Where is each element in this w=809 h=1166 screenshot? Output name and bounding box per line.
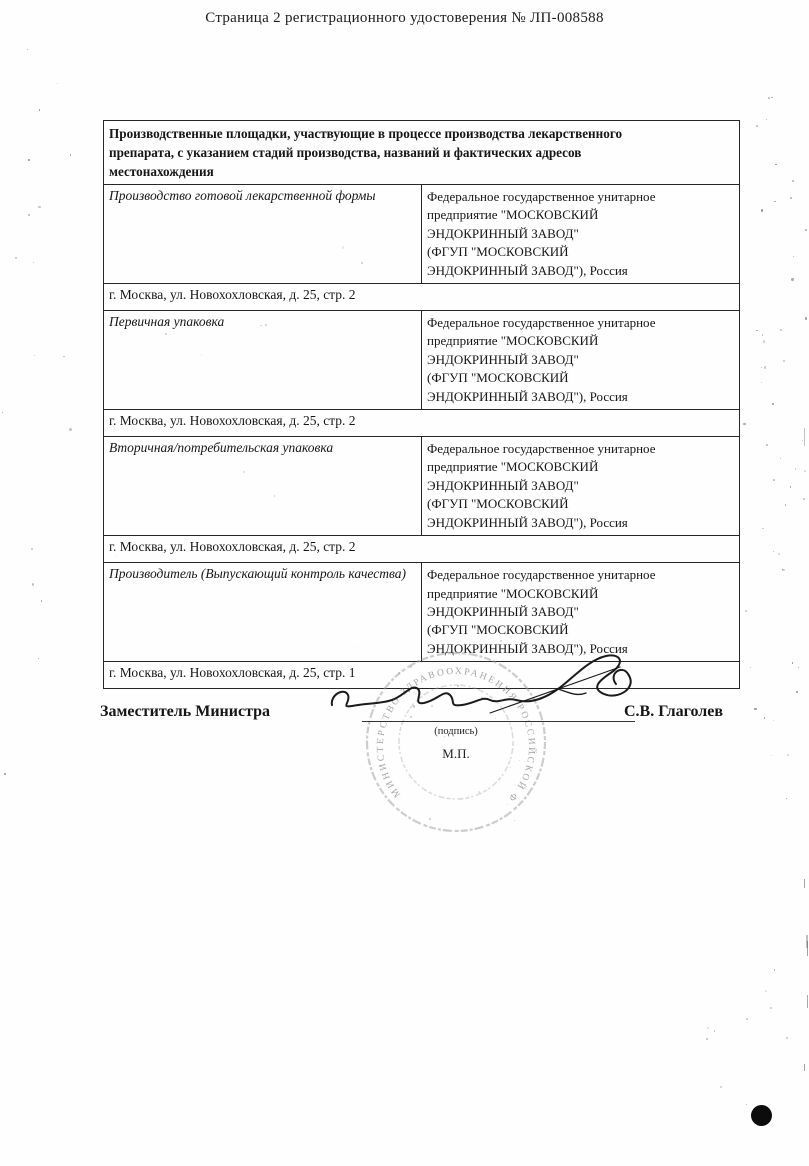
scan-speck bbox=[771, 755, 773, 757]
scan-speck bbox=[763, 340, 765, 342]
scan-edge-mark bbox=[804, 879, 806, 888]
scan-speck bbox=[398, 672, 400, 674]
scan-speck bbox=[38, 206, 40, 208]
table-title-row: Производственные площадки, участвующие в… bbox=[104, 121, 740, 185]
scan-speck bbox=[792, 180, 793, 181]
production-sites-table: Производственные площадки, участвующие в… bbox=[103, 120, 740, 689]
scan-speck bbox=[766, 119, 767, 120]
page-title: Страница 2 регистрационного удостоверени… bbox=[0, 10, 809, 27]
signer-name: С.В. Глаголев bbox=[624, 703, 723, 721]
scan-speck bbox=[778, 553, 780, 555]
scan-speck bbox=[39, 109, 41, 111]
scan-speck bbox=[750, 667, 751, 668]
table-title: Производственные площадки, участвующие в… bbox=[104, 121, 740, 185]
scan-speck bbox=[773, 551, 774, 552]
scan-speck bbox=[803, 498, 805, 500]
scan-speck bbox=[31, 548, 33, 550]
scan-speck bbox=[714, 1030, 716, 1032]
scan-edge-mark bbox=[807, 995, 809, 1008]
table-row: г. Москва, ул. Новохохловская, д. 25, ст… bbox=[104, 536, 740, 563]
scan-speck bbox=[34, 355, 35, 356]
scan-speck bbox=[63, 356, 64, 357]
scan-speck bbox=[772, 403, 774, 405]
scan-speck bbox=[28, 214, 30, 216]
stage-cell: Вторичная/потребительская упаковка bbox=[104, 437, 422, 536]
scan-speck bbox=[805, 229, 807, 231]
scan-speck bbox=[361, 262, 363, 264]
scan-speck bbox=[764, 366, 766, 368]
scan-speck bbox=[773, 479, 775, 481]
table-row: г. Москва, ул. Новохохловская, д. 25, ст… bbox=[104, 410, 740, 437]
manufacturer-cell: Федеральное государственное унитарное пр… bbox=[422, 437, 740, 536]
address-cell: г. Москва, ул. Новохохловская, д. 25, ст… bbox=[104, 536, 740, 563]
scan-speck bbox=[766, 444, 768, 446]
scan-speck bbox=[785, 504, 786, 505]
table-row: Первичная упаковка Федеральное государст… bbox=[104, 311, 740, 410]
scan-speck bbox=[28, 159, 30, 161]
scan-speck bbox=[706, 1038, 708, 1040]
scan-speck bbox=[798, 667, 800, 669]
scan-speck bbox=[787, 754, 789, 756]
scan-speck bbox=[429, 818, 431, 820]
scan-speck bbox=[775, 164, 777, 166]
scan-speck bbox=[762, 528, 763, 529]
scan-speck bbox=[70, 154, 72, 156]
scan-speck bbox=[783, 360, 785, 362]
scan-speck bbox=[780, 329, 782, 331]
scan-speck bbox=[761, 209, 763, 211]
scan-speck bbox=[765, 990, 767, 992]
scan-speck bbox=[790, 197, 792, 199]
scan-speck bbox=[771, 97, 773, 99]
scan-speck bbox=[57, 83, 58, 84]
scan-speck bbox=[786, 1037, 787, 1038]
scan-speck bbox=[764, 717, 766, 719]
scan-speck bbox=[2, 412, 3, 413]
scan-speck bbox=[780, 458, 782, 460]
scan-speck bbox=[790, 486, 792, 488]
signature-caption: (подпись) bbox=[386, 726, 526, 737]
scan-speck bbox=[795, 468, 797, 470]
scan-speck bbox=[478, 791, 480, 793]
scan-speck bbox=[791, 278, 793, 280]
scan-speck bbox=[413, 705, 415, 707]
scan-speck bbox=[707, 1027, 708, 1028]
scan-speck bbox=[746, 1104, 747, 1105]
signature-line bbox=[362, 721, 635, 722]
scan-speck bbox=[4, 773, 6, 775]
stage-cell: Производство готовой лекарственной формы bbox=[104, 185, 422, 284]
scan-edge-mark bbox=[807, 941, 809, 956]
scan-speck bbox=[754, 708, 757, 711]
scanned-certificate-page: { "page": { "header": "Страница 2 регист… bbox=[0, 0, 809, 1166]
scan-speck bbox=[770, 1007, 772, 1009]
scan-speck bbox=[340, 130, 341, 131]
signature-scrawl-icon bbox=[318, 645, 648, 737]
scan-speck bbox=[786, 798, 787, 799]
scan-speck bbox=[804, 470, 806, 472]
scan-speck bbox=[805, 317, 807, 319]
scan-speck bbox=[782, 569, 784, 571]
seal-abbreviation: М.П. bbox=[386, 746, 526, 762]
scan-edge-mark bbox=[804, 1064, 806, 1071]
scan-speck bbox=[774, 969, 776, 971]
scan-speck bbox=[762, 334, 764, 336]
scan-speck bbox=[792, 662, 794, 664]
scan-speck bbox=[756, 330, 758, 332]
scan-speck bbox=[796, 691, 798, 693]
scan-speck bbox=[745, 610, 747, 612]
scan-speck bbox=[773, 720, 774, 721]
address-cell: г. Москва, ул. Новохохловская, д. 25, ст… bbox=[104, 284, 740, 311]
scan-speck bbox=[260, 449, 262, 451]
scan-speck bbox=[354, 647, 355, 648]
scan-speck bbox=[761, 367, 763, 369]
scan-speck bbox=[342, 246, 344, 248]
scan-edge-mark bbox=[804, 428, 806, 446]
scan-speck bbox=[33, 262, 34, 263]
scan-speck bbox=[720, 1086, 722, 1088]
scan-speck bbox=[69, 428, 72, 431]
table-row: Вторичная/потребительская упаковка Федер… bbox=[104, 437, 740, 536]
scan-speck bbox=[165, 333, 167, 335]
scan-speck bbox=[756, 125, 758, 127]
deputy-minister-title: Заместитель Министра bbox=[100, 703, 270, 721]
manufacturer-cell: Федеральное государственное унитарное пр… bbox=[422, 185, 740, 284]
scan-dot-mark bbox=[751, 1105, 772, 1126]
scan-speck bbox=[743, 423, 745, 425]
scan-speck bbox=[410, 666, 412, 668]
scan-speck bbox=[15, 257, 17, 259]
table-row: г. Москва, ул. Новохохловская, д. 25, ст… bbox=[104, 284, 740, 311]
scan-speck bbox=[32, 583, 34, 585]
table-row: Производство готовой лекарственной формы… bbox=[104, 185, 740, 284]
scan-speck bbox=[793, 256, 794, 257]
scan-speck bbox=[243, 471, 244, 472]
scan-speck bbox=[27, 49, 28, 50]
scan-speck bbox=[768, 97, 770, 99]
scan-speck bbox=[774, 201, 775, 202]
stage-cell: Первичная упаковка bbox=[104, 311, 422, 410]
scan-speck bbox=[408, 690, 409, 691]
scan-speck bbox=[746, 1018, 748, 1020]
scan-speck bbox=[761, 382, 763, 384]
scan-speck bbox=[38, 658, 39, 659]
scan-speck bbox=[41, 600, 43, 602]
manufacturer-cell: Федеральное государственное унитарное пр… bbox=[422, 311, 740, 410]
address-cell: г. Москва, ул. Новохохловская, д. 25, ст… bbox=[104, 410, 740, 437]
